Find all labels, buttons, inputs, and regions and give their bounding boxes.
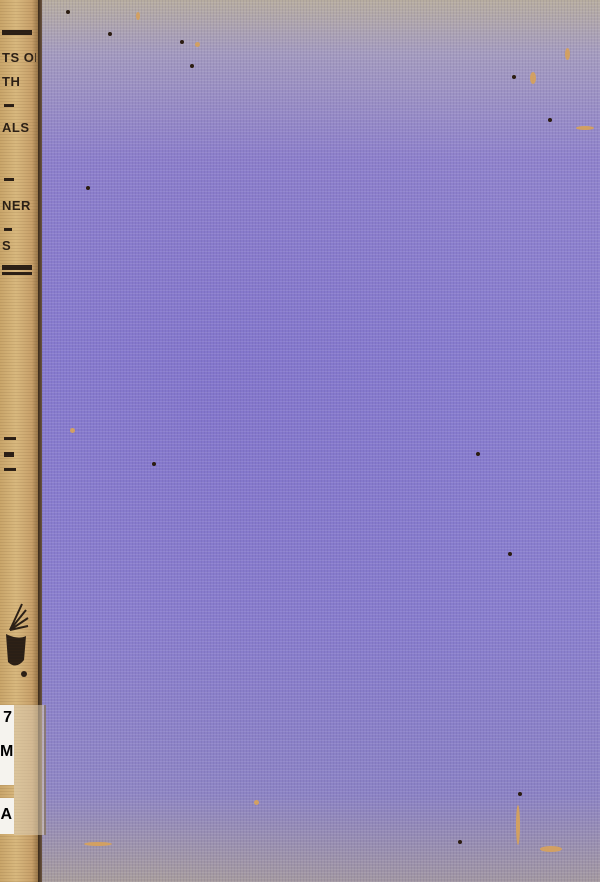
speck: [530, 72, 536, 84]
speck: [66, 10, 70, 14]
spine-rule: [4, 468, 16, 471]
spine-band: [2, 265, 32, 270]
call-number-line-2: M: [0, 743, 12, 761]
speck: [108, 32, 112, 36]
spine-line-5: S: [2, 238, 36, 253]
spine-band: [2, 272, 32, 275]
speck: [86, 186, 90, 190]
spine-rule: [4, 437, 16, 440]
speck: [254, 800, 259, 805]
front-board-cloth: [42, 0, 600, 882]
book-cover: TS OF TH ALS NER S 7 M A: [0, 0, 600, 882]
speck: [516, 805, 520, 845]
library-label-lower: A: [0, 798, 14, 834]
call-number-line-3: A: [0, 806, 12, 824]
speck: [70, 428, 75, 433]
spine-publisher-mark: [4, 452, 14, 457]
speck: [512, 75, 516, 79]
speck: [576, 126, 594, 130]
speck: [476, 452, 480, 456]
spine-rule: [4, 228, 12, 231]
call-number-line-1: 7: [0, 709, 12, 727]
spine-title-line-2: TH: [2, 74, 36, 89]
speck: [508, 552, 512, 556]
speck: [190, 64, 194, 68]
library-label-upper: 7 M: [0, 705, 14, 785]
spine-title-line-1: TS OF: [2, 50, 36, 65]
speck: [548, 118, 552, 122]
spine-top-band: [2, 30, 32, 35]
speck: [180, 40, 184, 44]
spine-rule: [4, 178, 14, 181]
speck: [136, 12, 140, 20]
speck: [540, 846, 562, 852]
spine-author: NER: [2, 198, 36, 213]
spine-title-line-3: ALS: [2, 120, 36, 135]
speck: [458, 840, 462, 844]
speck: [152, 462, 156, 466]
spine-rule: [4, 104, 14, 107]
speck: [565, 48, 570, 60]
library-tape: [14, 705, 46, 835]
speck: [195, 42, 200, 47]
speck: [518, 792, 522, 796]
spine-ornament-icon: [4, 600, 30, 680]
speck: [84, 842, 112, 846]
